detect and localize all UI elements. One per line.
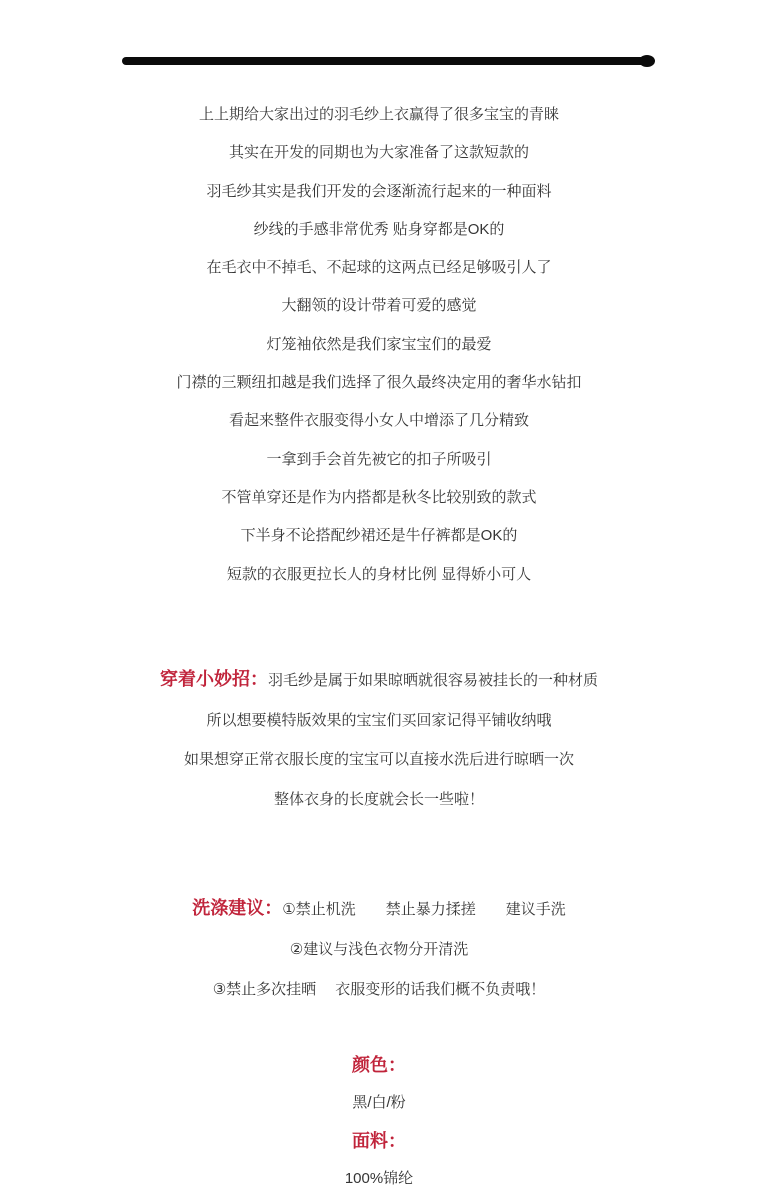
- intro-line: 羽毛纱其实是我们开发的会逐渐流行起来的一种面料: [0, 173, 758, 211]
- washing-advice-intro-text: ①禁止机洗 禁止暴力揉搓 建议手洗: [282, 901, 565, 918]
- intro-line: 一拿到手会首先被它的扣子所吸引: [0, 441, 758, 479]
- wearing-tips-line: 整体衣身的长度就会长一些啦！: [0, 780, 758, 820]
- fabric-value: 100%锦纶: [0, 1160, 758, 1197]
- specs-section: 颜色： 黑/白/粉 面料： 100%锦纶: [0, 1046, 758, 1197]
- color-value: 黑/白/粉: [0, 1084, 758, 1122]
- intro-line: 不管单穿还是作为内搭都是秋冬比较别致的款式: [0, 479, 758, 517]
- intro-line: 大翻领的设计带着可爱的感觉: [0, 287, 758, 325]
- wearing-tips-section: 穿着小妙招：羽毛纱是属于如果晾晒就很容易被挂长的一种材质 所以想要模特版效果的宝…: [0, 660, 758, 820]
- top-divider-line: [122, 57, 653, 65]
- fabric-label: 面料：: [0, 1122, 758, 1160]
- washing-advice-heading-line: 洗涤建议：①禁止机洗 禁止暴力揉搓 建议手洗: [0, 888, 758, 930]
- product-description-page: 上上期给大家出过的羽毛纱上衣赢得了很多宝宝的青睐 其实在开发的同期也为大家准备了…: [0, 0, 758, 1197]
- intro-line: 纱线的手感非常优秀 贴身穿都是OK的: [0, 211, 758, 249]
- wearing-tips-line: 如果想穿正常衣服长度的宝宝可以直接水洗后进行晾晒一次: [0, 740, 758, 780]
- intro-line: 灯笼袖依然是我们家宝宝们的最爱: [0, 326, 758, 364]
- washing-advice-heading: 洗涤建议：: [192, 898, 282, 918]
- wearing-tips-line: 所以想要模特版效果的宝宝们买回家记得平铺收纳哦: [0, 701, 758, 741]
- intro-paragraph: 上上期给大家出过的羽毛纱上衣赢得了很多宝宝的青睐 其实在开发的同期也为大家准备了…: [0, 96, 758, 594]
- washing-advice-section: 洗涤建议：①禁止机洗 禁止暴力揉搓 建议手洗 ②建议与浅色衣物分开清洗 ③禁止多…: [0, 888, 758, 1010]
- intro-line: 在毛衣中不掉毛、不起球的这两点已经足够吸引人了: [0, 249, 758, 287]
- intro-line: 上上期给大家出过的羽毛纱上衣赢得了很多宝宝的青睐: [0, 96, 758, 134]
- intro-line: 门襟的三颗纽扣越是我们选择了很久最终决定用的奢华水钻扣: [0, 364, 758, 402]
- intro-line: 其实在开发的同期也为大家准备了这款短款的: [0, 134, 758, 172]
- color-label: 颜色：: [0, 1046, 758, 1084]
- washing-advice-line: ②建议与浅色衣物分开清洗: [0, 930, 758, 970]
- wearing-tips-intro-text: 羽毛纱是属于如果晾晒就很容易被挂长的一种材质: [268, 672, 598, 689]
- wearing-tips-heading: 穿着小妙招：: [160, 669, 268, 689]
- intro-line: 下半身不论搭配纱裙还是牛仔裤都是OK的: [0, 517, 758, 555]
- intro-line: 看起来整件衣服变得小女人中增添了几分精致: [0, 402, 758, 440]
- wearing-tips-heading-line: 穿着小妙招：羽毛纱是属于如果晾晒就很容易被挂长的一种材质: [0, 660, 758, 701]
- washing-advice-line: ③禁止多次挂晒 衣服变形的话我们概不负责哦！: [0, 970, 758, 1010]
- intro-line: 短款的衣服更拉长人的身材比例 显得娇小可人: [0, 556, 758, 594]
